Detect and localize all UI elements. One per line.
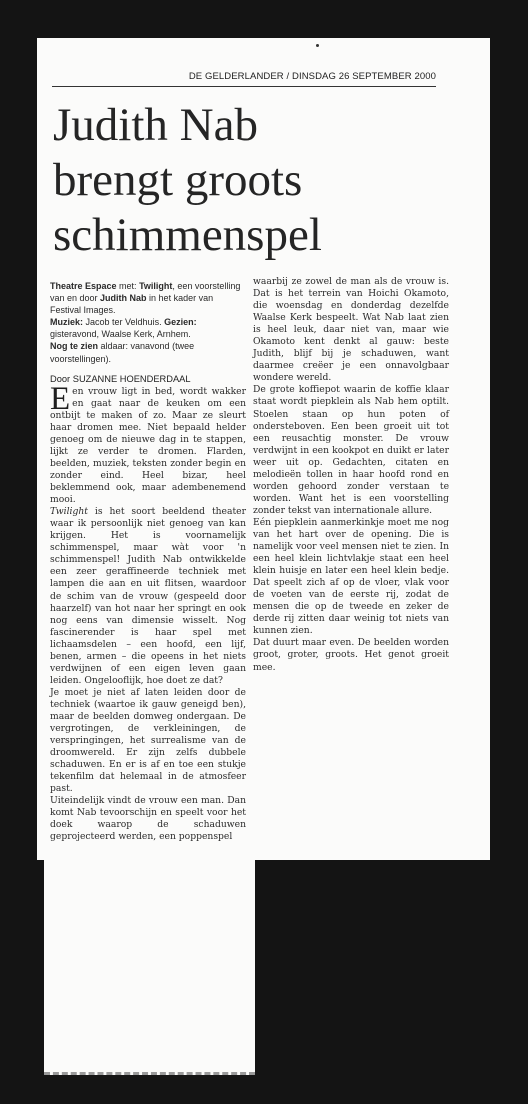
paragraph-text: en vrouw ligt in bed, wordt wakker en ga…	[50, 386, 246, 505]
info-company: Theatre Espace	[50, 281, 117, 291]
headline-line-3: schimmenspel	[53, 209, 322, 261]
paragraph-4: Uiteindelijk vindt de vrouw een man. Dan…	[50, 795, 246, 843]
paragraph-8: Dat duurt maar even. De beelden worden g…	[253, 637, 449, 673]
info-text: gisteravond, Waalse Kerk, Arnhem.	[50, 329, 191, 339]
paragraph-6: De grote koffiepot waarin de koffie klaa…	[253, 384, 449, 517]
info-still-showing-label: Nog te zien	[50, 341, 98, 351]
masthead: DE GELDERLANDER / DINSDAG 26 SEPTEMBER 2…	[52, 71, 436, 87]
info-text: Jacob ter Veldhuis.	[83, 317, 164, 327]
byline-prefix: Door	[50, 374, 70, 384]
headline-line-1: Judith Nab	[53, 99, 258, 151]
paragraph-1: Een vrouw ligt in bed, wordt wakker en g…	[50, 386, 246, 506]
paragraph-7: Eén piepklein aanmerkinkje moet me nog v…	[253, 517, 449, 637]
drop-cap: E	[50, 387, 70, 412]
paragraph-text: is het soort beeldend theater waar ik pe…	[50, 506, 246, 686]
production-infobox: Theatre Espace met: Twilight, een voorst…	[50, 280, 246, 365]
speck-mark	[316, 44, 319, 47]
newspaper-clipping-left-strip	[44, 858, 255, 1075]
paragraph-3: Je moet je niet af laten leiden door de …	[50, 687, 246, 795]
info-text: met:	[117, 281, 140, 291]
info-seen-label: Gezien:	[164, 317, 197, 327]
paragraph-5: waarbij ze zowel de man als de vrouw is.…	[253, 276, 449, 384]
info-music-label: Muziek:	[50, 317, 83, 327]
show-title-italic: Twilight	[50, 506, 88, 517]
headline: Judith Nab brengt groots schimmenspel	[53, 98, 473, 263]
info-title: Twilight	[139, 281, 172, 291]
article-column-left: Theatre Espace met: Twilight, een voorst…	[50, 280, 246, 843]
article-column-right: waarbij ze zowel de man als de vrouw is.…	[253, 276, 449, 674]
byline: Door SUZANNE HOENDERDAAL	[50, 373, 246, 385]
headline-line-2: brengt groots	[53, 154, 302, 206]
byline-author: SUZANNE HOENDERDAAL	[73, 374, 191, 384]
info-artist: Judith Nab	[100, 293, 147, 303]
paragraph-2: Twilight is het soort beeldend theater w…	[50, 506, 246, 687]
